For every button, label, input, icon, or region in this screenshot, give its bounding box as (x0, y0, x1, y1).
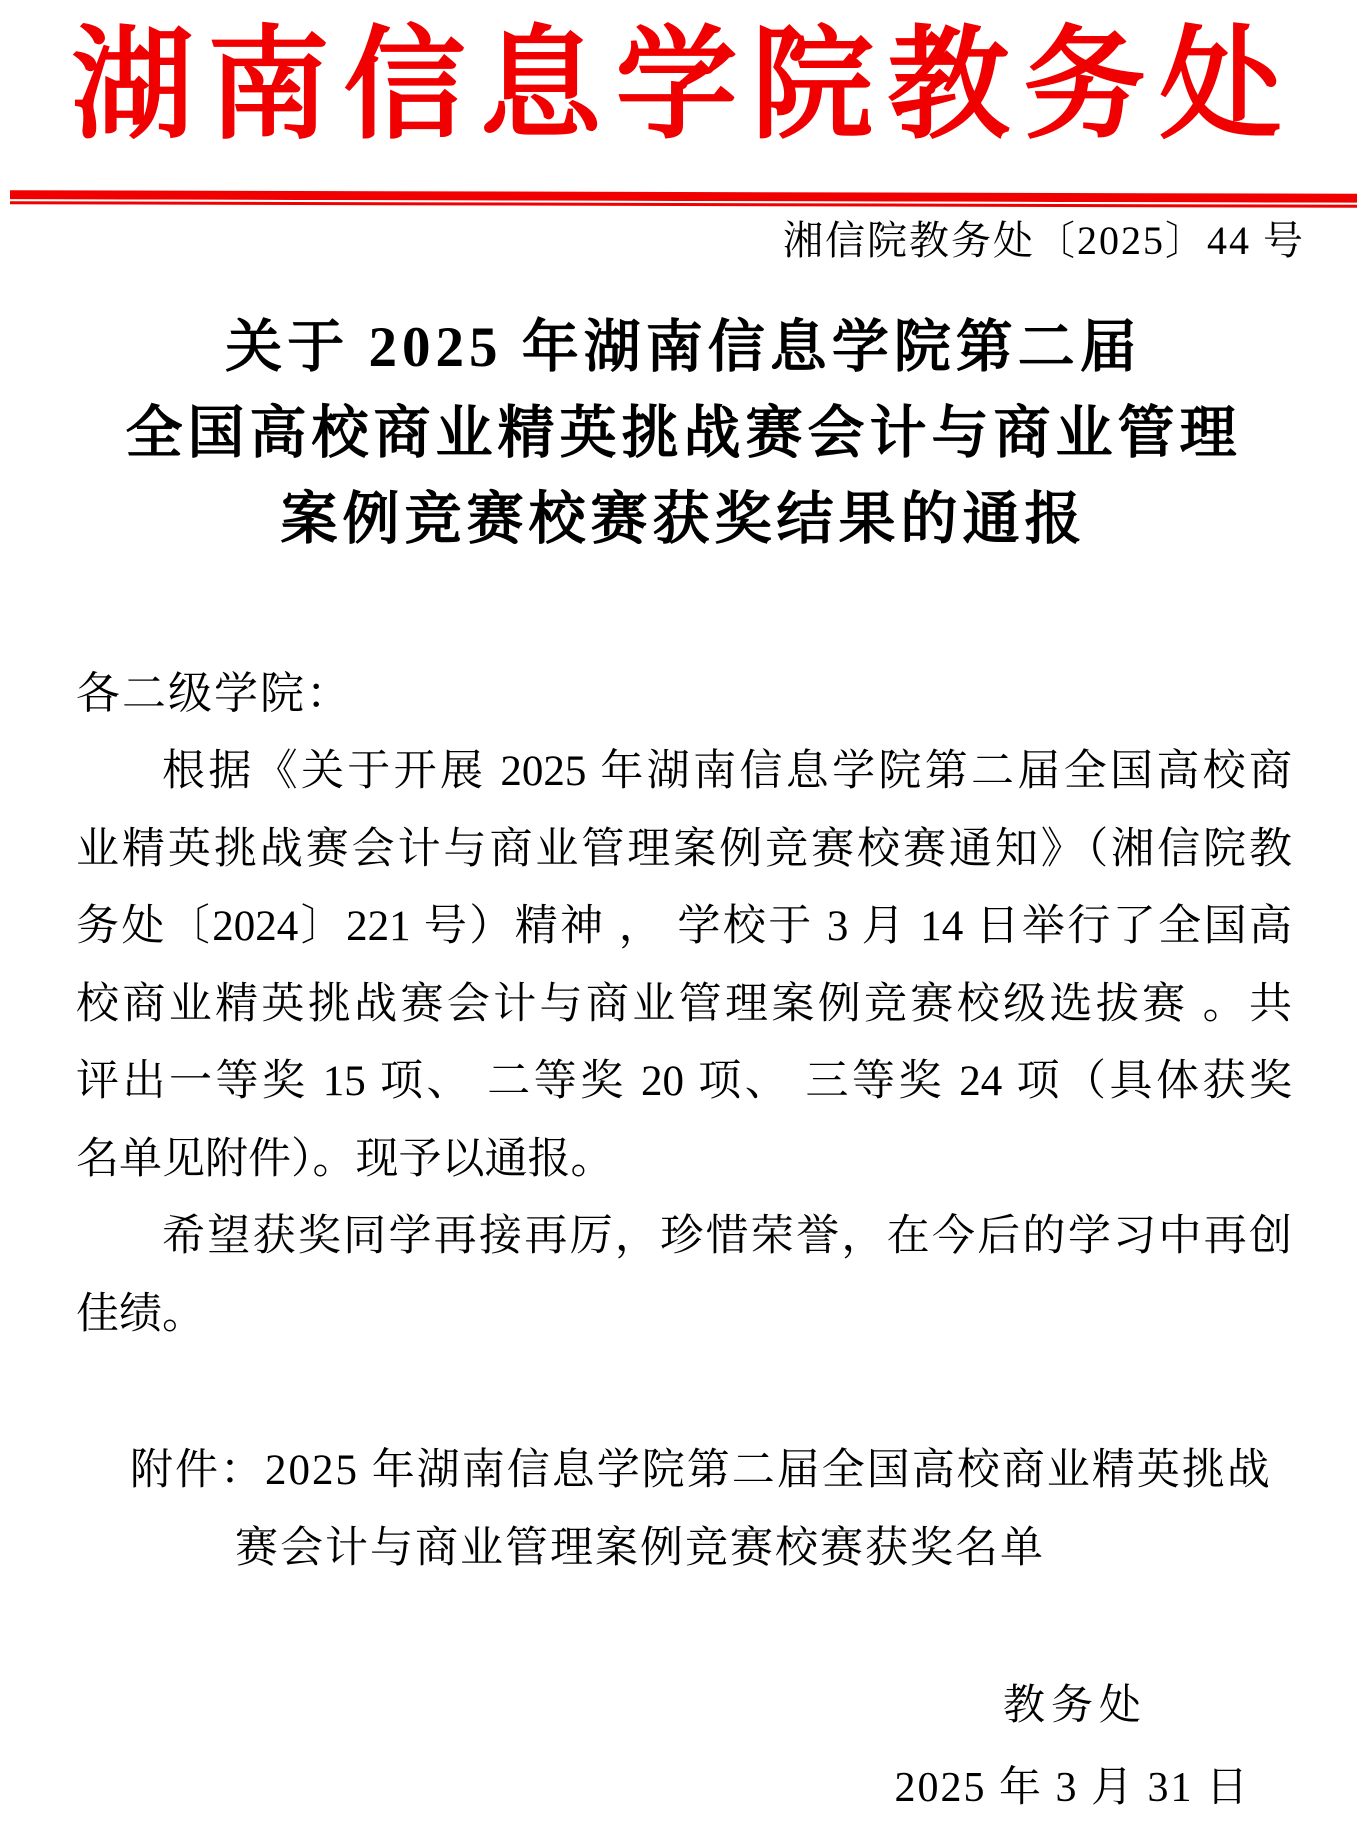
body-text: 根据《关于开展 2025 年湖南信息学院第二届全国高校商 业精英挑战赛会计与商业… (0, 733, 1367, 1353)
document-page: 湖南信息学院教务处 湘信院教务处〔2025〕44 号 关于 2025 年湖南信息… (0, 0, 1367, 1831)
attachment-line-2: 赛会计与商业管理案例竞赛校赛获奖名单 (235, 1510, 1367, 1588)
body-line-5: 评出一等奖 15 项、 二等奖 20 项、 三等奖 24 项（具体获奖 (76, 1043, 1292, 1121)
masthead-divider (10, 190, 1357, 208)
body-line-3: 务处〔2024〕221 号）精神 ， 学校于 3 月 14 日举行了全国高 (76, 888, 1292, 966)
masthead-title: 湖南信息学院教务处 (0, 10, 1367, 160)
body-line-8: 佳绩。 (76, 1276, 1292, 1354)
document-title: 关于 2025 年湖南信息学院第二届 全国高校商业精英挑战赛会计与商业管理 案例… (0, 305, 1367, 563)
salutation: 各二级学院： (76, 663, 1367, 725)
body-line-1: 根据《关于开展 2025 年湖南信息学院第二届全国高校商 (76, 733, 1292, 811)
body-line-7: 希望获奖同学再接再厉，珍惜荣誉，在今后的学习中再创 (76, 1198, 1292, 1276)
attachment-note: 附件：2025 年湖南信息学院第二届全国高校商业精英挑战 赛会计与商业管理案例竞… (0, 1432, 1367, 1588)
signature-date: 2025 年 3 月 31 日 (894, 1764, 1250, 1812)
body-line-2: 业精英挑战赛会计与商业管理案例竞赛校赛通知》（湘信院教 (76, 811, 1292, 889)
document-title-line-2: 全国高校商业精英挑战赛会计与商业管理 (0, 391, 1367, 477)
body-line-4: 校商业精英挑战赛会计与商业管理案例竞赛校级选拔赛 。共 (76, 966, 1292, 1044)
document-number: 湘信院教务处〔2025〕44 号 (0, 218, 1367, 264)
document-title-line-3: 案例竞赛校赛获奖结果的通报 (0, 477, 1367, 563)
body-line-6: 名单见附件）。现予以通报。 (76, 1121, 1292, 1199)
signature-department: 教务处 (1003, 1682, 1147, 1730)
attachment-line-1: 附件：2025 年湖南信息学院第二届全国高校商业精英挑战 (130, 1432, 1367, 1510)
document-title-line-1: 关于 2025 年湖南信息学院第二届 (0, 305, 1367, 391)
